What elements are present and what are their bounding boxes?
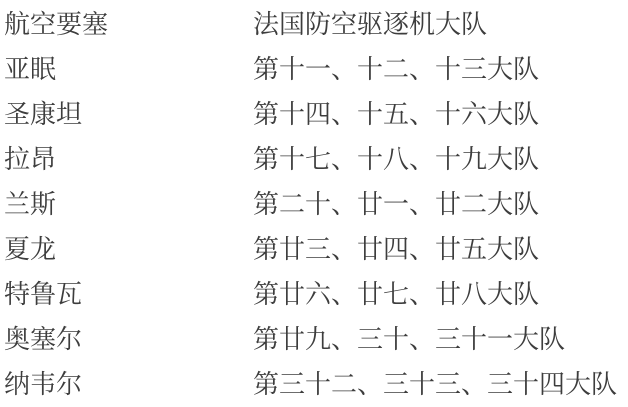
location-cell: 夏龙	[0, 228, 253, 273]
units-cell: 第廿九、三十、三十一大队	[253, 318, 628, 363]
location-cell: 圣康坦	[0, 93, 253, 138]
document-page: 航空要塞 法国防空驱逐机大队 亚眠 第十一、十二、十三大队 圣康坦 第十四、十五…	[0, 0, 628, 407]
units-cell: 第廿六、廿七、廿八大队	[253, 273, 628, 318]
units-cell: 第十一、十二、十三大队	[253, 48, 628, 93]
table-row: 特鲁瓦 第廿六、廿七、廿八大队	[0, 273, 628, 318]
location-cell: 奥塞尔	[0, 318, 253, 363]
units-cell: 第廿三、廿四、廿五大队	[253, 228, 628, 273]
location-cell: 特鲁瓦	[0, 273, 253, 318]
table-row: 亚眠 第十一、十二、十三大队	[0, 48, 628, 93]
units-cell: 第二十、廿一、廿二大队	[253, 183, 628, 228]
location-cell: 兰斯	[0, 183, 253, 228]
table-header-row: 航空要塞 法国防空驱逐机大队	[0, 3, 628, 48]
table-row: 纳韦尔 第三十二、三十三、三十四大队	[0, 363, 628, 407]
units-cell: 第十四、十五、十六大队	[253, 93, 628, 138]
table-row: 兰斯 第二十、廿一、廿二大队	[0, 183, 628, 228]
location-header: 航空要塞	[0, 3, 253, 48]
table-row: 拉昂 第十七、十八、十九大队	[0, 138, 628, 183]
document-table: 航空要塞 法国防空驱逐机大队 亚眠 第十一、十二、十三大队 圣康坦 第十四、十五…	[0, 3, 628, 407]
location-cell: 纳韦尔	[0, 363, 253, 407]
units-cell: 第三十二、三十三、三十四大队	[253, 363, 628, 407]
table-row: 夏龙 第廿三、廿四、廿五大队	[0, 228, 628, 273]
units-header: 法国防空驱逐机大队	[253, 3, 628, 48]
location-cell: 拉昂	[0, 138, 253, 183]
location-cell: 亚眠	[0, 48, 253, 93]
units-cell: 第十七、十八、十九大队	[253, 138, 628, 183]
table-row: 圣康坦 第十四、十五、十六大队	[0, 93, 628, 138]
table-row: 奥塞尔 第廿九、三十、三十一大队	[0, 318, 628, 363]
